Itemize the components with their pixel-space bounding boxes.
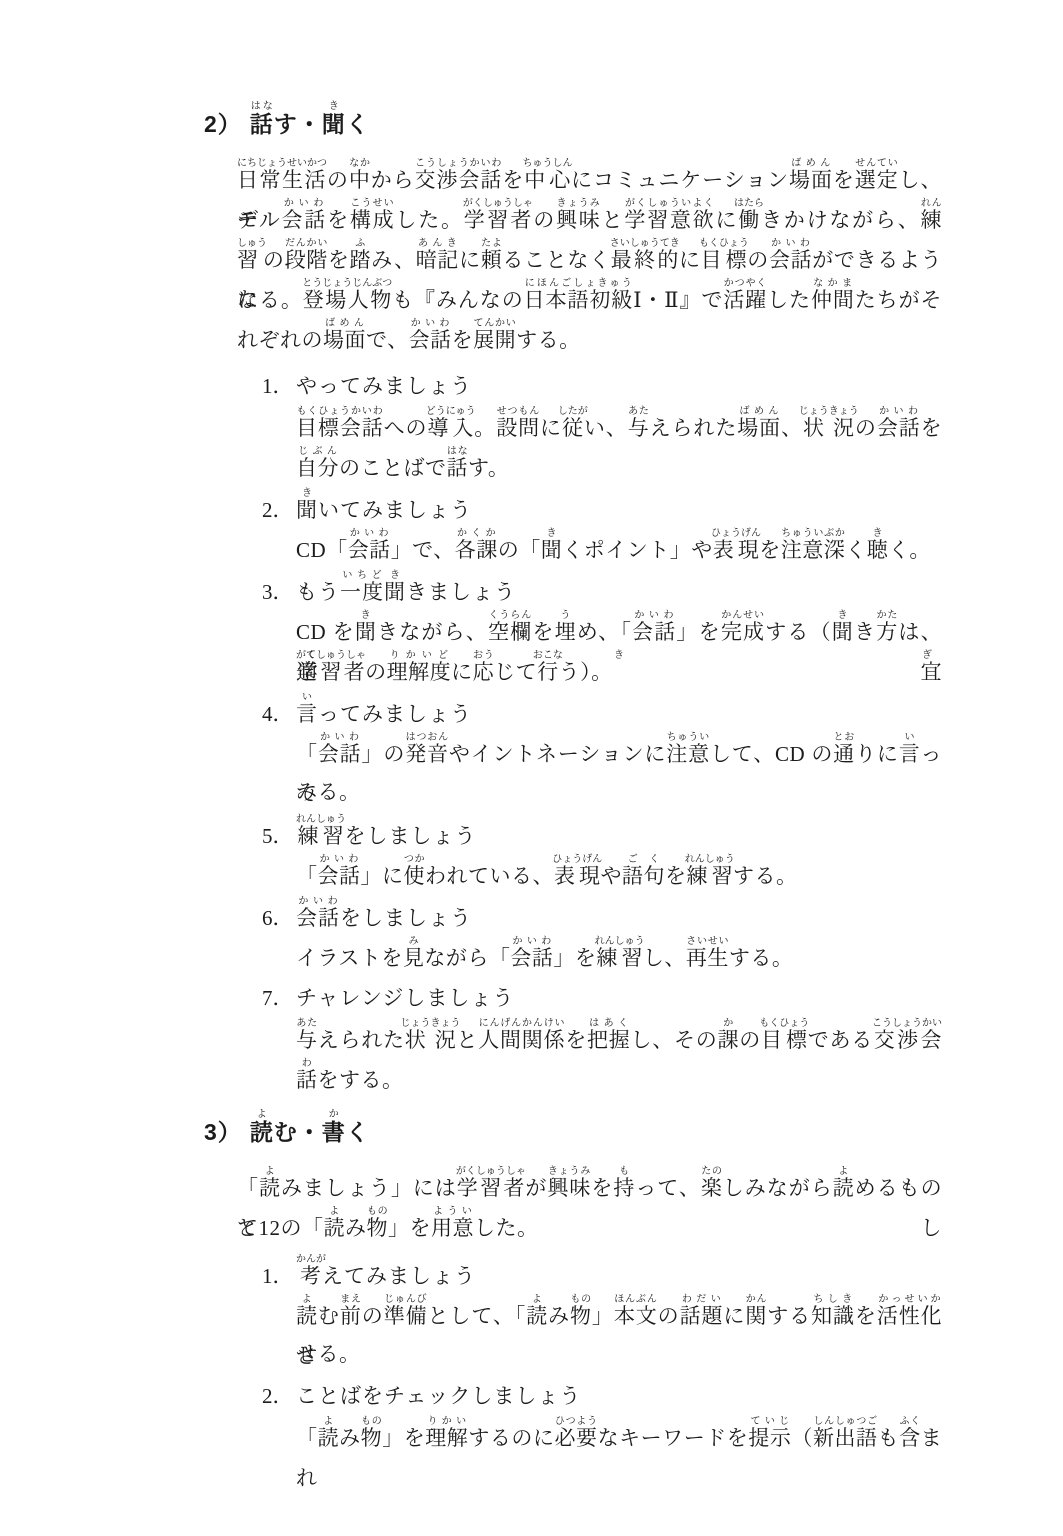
item-title: 6．会話かいわをしましょう (262, 896, 942, 936)
item-number: 5． (262, 816, 296, 856)
list-item-4: 4．言いってみましょう 「会話かいわ」の発音はつおんやイントネーションに注意ちゅ… (262, 692, 942, 812)
section-read-write: 3）読よむ・書かく 「読よみましょう」には学習者がくしゅうしゃが興味きょうみを持… (204, 1108, 942, 1456)
item-title-text: もう一度いちど聞ききましょう (296, 580, 516, 604)
text-line: 「会話かいわ」の発音はつおんやイントネーションに注意ちゅういして、CD の通とお… (296, 732, 942, 772)
text-line: れぞれの場面ばめんで、会話かいわを展開てんかいする。 (237, 318, 942, 358)
text-line: 目標会話もくひょうかいわへの導入どうにゅう。設問せつもんに従したがい、与あたえら… (296, 406, 942, 446)
section-heading-read-write: 3）読よむ・書かく (204, 1108, 942, 1156)
list-item-1: 1．考かんがえてみましょう 読よむ前まえの準備じゅんびとして、「読よみ物もの」本… (262, 1254, 942, 1374)
text-line: 「会話かいわ」に使つかわれている、表現ひょうげんや語句ごくを練習れんしゅうする。 (296, 854, 942, 894)
numbered-list: 1．やってみましょう 目標会話もくひょうかいわへの導入どうにゅう。設問せつもんに… (204, 366, 942, 1098)
item-number: 1． (262, 366, 296, 406)
text-line: せる。 (296, 1334, 942, 1374)
section-number: 2） (204, 111, 242, 137)
item-number: 2． (262, 1376, 296, 1416)
item-title: 2．聞きいてみましょう (262, 488, 942, 528)
text-line: 読よむ前まえの準備じゅんびとして、「読よみ物もの」本文ほんぶんの話題わだいに関か… (296, 1294, 942, 1334)
text-line: デル会話かいわを構成こうせいした。学習者がくしゅうしゃの興味きょうみと学習意欲が… (237, 198, 942, 238)
item-body: 「会話かいわ」に使つかわれている、表現ひょうげんや語句ごくを練習れんしゅうする。 (262, 854, 942, 894)
item-title: 3．もう一度いちど聞ききましょう (262, 570, 942, 610)
item-number: 2． (262, 490, 296, 530)
text-line: 「読よみましょう」には学習者がくしゅうしゃが興味きょうみを持もって、楽たのしみな… (237, 1166, 942, 1206)
item-body: 「会話かいわ」の発音はつおんやイントネーションに注意ちゅういして、CD の通とお… (262, 732, 942, 812)
list-item-6: 6．会話かいわをしましょう イラストを見みながら「会話かいわ」を練習れんしゅうし… (262, 896, 942, 976)
text-line: 話わをする。 (296, 1058, 942, 1098)
numbered-list: 1．考かんがえてみましょう 読よむ前まえの準備じゅんびとして、「読よみ物もの」本… (204, 1254, 942, 1456)
section-speak-listen: 2）話はなす・聞きく 日常生活にちじょうせいかつの中なかから交渉会話こうしょうか… (204, 100, 942, 1098)
item-title-text: 聞きいてみましょう (296, 498, 472, 522)
item-title: 1．やってみましょう (262, 366, 942, 406)
list-item-2: 2．ことばをチェックしましょう 「読よみ物もの」を理解りかいするのに必要ひつよう… (262, 1376, 942, 1456)
item-body: 読よむ前まえの準備じゅんびとして、「読よみ物もの」本文ほんぶんの話題わだいに関か… (262, 1294, 942, 1374)
section-intro-paragraph: 日常生活にちじょうせいかつの中なかから交渉会話こうしょうかいわを中心ちゅうしんに… (204, 158, 942, 358)
list-item-5: 5．練習れんしゅうをしましょう 「会話かいわ」に使つかわれている、表現ひょうげん… (262, 814, 942, 894)
text-line: 自分じぶんのことばで話はなす。 (296, 446, 942, 486)
text-line: なる。登場人物とうじょうじんぶつも『みんなの日本語初級にほんごしょきゅうⅠ・Ⅱ』… (237, 278, 942, 318)
item-title-text: 練習れんしゅうをしましょう (296, 824, 477, 848)
section-title: 話はなす・聞きく (250, 111, 370, 137)
item-body: CD を聞ききながら、空欄くうらんを埋うめ、「会話かいわ」を完成かんせいする（聞… (262, 610, 942, 690)
section-number: 3） (204, 1119, 242, 1145)
item-title: 1．考かんがえてみましょう (262, 1254, 942, 1294)
item-number: 3． (262, 572, 296, 612)
item-number: 4． (262, 694, 296, 734)
text-line: 習しゅうの段階だんかいを踏ふみ、暗記あんきに頼たよることなく最終的さいしゅうてき… (237, 238, 942, 278)
item-body: 「読よみ物もの」を理解りかいするのに必要ひつようなキーワードを提示ていじ（新出語… (262, 1416, 942, 1456)
item-body: 与あたえられた状況じょうきょうと人間関係にんげんかんけいを把握はあくし、その課か… (262, 1018, 942, 1098)
item-title: 4．言いってみましょう (262, 692, 942, 732)
item-title-text: 言いってみましょう (296, 702, 472, 726)
item-title: 5．練習れんしゅうをしましょう (262, 814, 942, 854)
list-item-3: 3．もう一度いちど聞ききましょう CD を聞ききながら、空欄くうらんを埋うめ、「… (262, 570, 942, 690)
text-line: イラストを見みながら「会話かいわ」を練習れんしゅうし、再生さいせいする。 (296, 936, 942, 976)
item-number: 7． (262, 978, 296, 1018)
text-line: 与あたえられた状況じょうきょうと人間関係にんげんかんけいを把握はあくし、その課か… (296, 1018, 942, 1058)
item-title-text: チャレンジしましょう (296, 986, 514, 1010)
item-body: 目標会話もくひょうかいわへの導入どうにゅう。設問せつもんに従したがい、与あたえら… (262, 406, 942, 486)
item-title-text: 考かんがえてみましょう (296, 1264, 476, 1288)
item-title: 2．ことばをチェックしましょう (262, 1376, 942, 1416)
document-page: 2）話はなす・聞きく 日常生活にちじょうせいかつの中なかから交渉会話こうしょうか… (0, 0, 1063, 1536)
text-line: 「読よみ物もの」を理解りかいするのに必要ひつようなキーワードを提示ていじ（新出語… (296, 1416, 942, 1456)
item-number: 6． (262, 898, 296, 938)
item-body: イラストを見みながら「会話かいわ」を練習れんしゅうし、再生さいせいする。 (262, 936, 942, 976)
item-title-text: ことばをチェックしましょう (296, 1384, 581, 1408)
item-number: 1． (262, 1256, 296, 1296)
text-line: みる。 (296, 772, 942, 812)
text-line: 日常生活にちじょうせいかつの中なかから交渉会話こうしょうかいわを中心ちゅうしんに… (237, 158, 942, 198)
item-title-text: 会話かいわをしましょう (296, 906, 472, 930)
item-title-text: やってみましょう (296, 374, 472, 398)
list-item-1: 1．やってみましょう 目標会話もくひょうかいわへの導入どうにゅう。設問せつもんに… (262, 366, 942, 486)
section-title: 読よむ・書かく (250, 1119, 370, 1145)
text-line: CD を聞ききながら、空欄くうらんを埋うめ、「会話かいわ」を完成かんせいする（聞… (296, 610, 942, 650)
section-intro-paragraph: 「読よみましょう」には学習者がくしゅうしゃが興味きょうみを持もって、楽たのしみな… (204, 1166, 942, 1246)
item-title: 7．チャレンジしましょう (262, 978, 942, 1018)
item-body: CD「会話かいわ」で、各課かくかの「聞きくポイント」や表現ひょうげんを注意深ちゅ… (262, 528, 942, 568)
list-item-2: 2．聞きいてみましょう CD「会話かいわ」で、各課かくかの「聞きくポイント」や表… (262, 488, 942, 568)
text-line: CD「会話かいわ」で、各課かくかの「聞きくポイント」や表現ひょうげんを注意深ちゅ… (296, 528, 942, 568)
section-heading-speak-listen: 2）話はなす・聞きく (204, 100, 942, 148)
list-item-7: 7．チャレンジしましょう 与あたえられた状況じょうきょうと人間関係にんげんかんけ… (262, 978, 942, 1098)
